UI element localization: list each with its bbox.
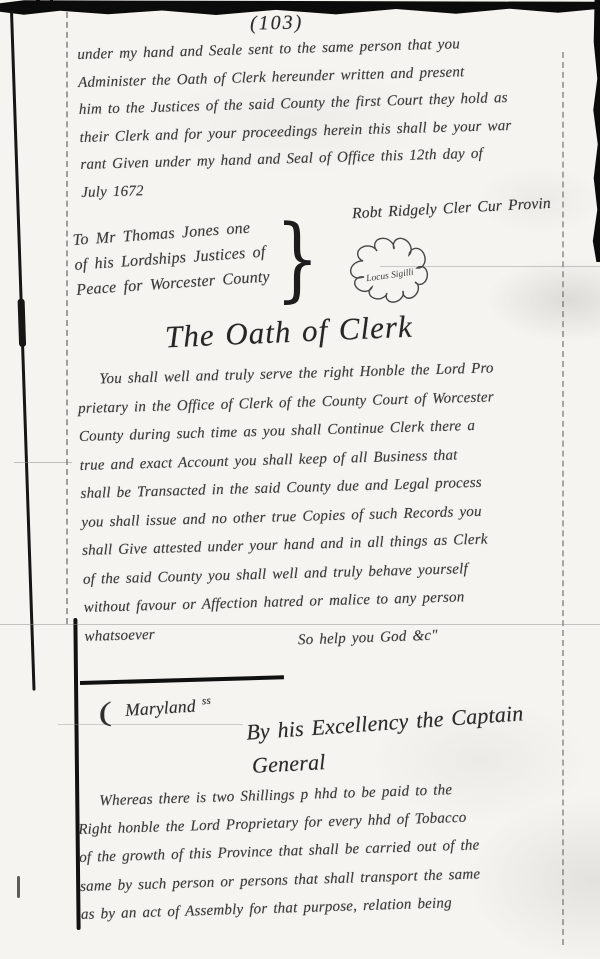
proclamation-heading-line1: By his Excellency the Captain — [245, 700, 524, 745]
warrant-paragraph: under my hand and Seale sent to the same… — [77, 30, 513, 208]
proclamation-paragraph: Whereas there is two Shillings p hhd to … — [77, 775, 482, 929]
fold-line — [14, 462, 72, 463]
section-divider-rule — [80, 675, 284, 684]
address-block: To Mr Thomas Jones one of his Lordships … — [72, 214, 271, 302]
right-margin-rule — [562, 52, 564, 945]
binding-edge-line — [10, 11, 36, 691]
oath-heading: The Oath of Clerk — [164, 309, 413, 356]
place-heading: (Maryland ss — [99, 691, 212, 729]
seal-doodle: Locus Sigilli — [344, 234, 436, 314]
manuscript-page: (103) under my hand and Seale sent to th… — [0, 0, 600, 959]
scan-artifact-tick — [36, 0, 40, 6]
left-margin-rule — [66, 12, 68, 624]
oath-closing: So help you God &c" — [298, 628, 438, 650]
scan-right-edge — [591, 0, 600, 262]
ink-blot — [18, 299, 27, 347]
scan-artifact-tick — [50, 0, 53, 7]
page-number: (103) — [250, 12, 304, 36]
place-suffix: ss — [202, 695, 212, 708]
proclamation-heading-line2: General — [251, 749, 326, 779]
curly-brace-mark: } — [275, 213, 319, 305]
oath-paragraph: You shall well and truly serve the right… — [77, 354, 501, 651]
seal-scallop-icon: Locus Sigilli — [344, 234, 436, 314]
seal-text: Locus Sigilli — [365, 268, 415, 285]
place-name: Maryland — [125, 696, 197, 720]
scan-artifact-dash — [17, 876, 20, 898]
